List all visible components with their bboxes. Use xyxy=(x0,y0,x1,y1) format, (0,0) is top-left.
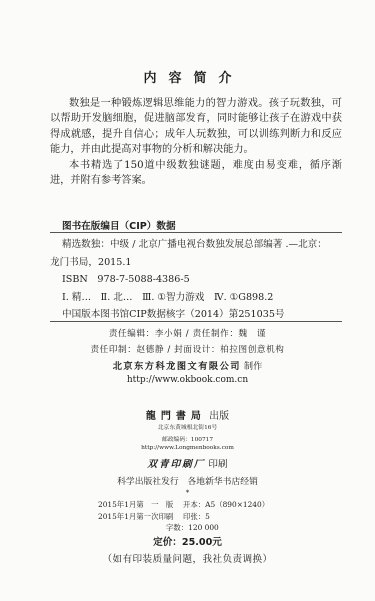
edition-row: 2015年1月第 一 版 开本：A5（890×1240） xyxy=(98,499,269,511)
cip-heading: 图书在版编目（CIP）数据 xyxy=(62,218,176,232)
printer-name: 双青印刷厂 xyxy=(147,459,205,470)
quality-note: （如有印装质量问题，我社负责调换） xyxy=(0,551,375,565)
producer-role: 制作 xyxy=(244,361,262,372)
cip-line: 龙门书局，2015.1 xyxy=(50,254,350,272)
price: 定价：25.00元 xyxy=(0,534,375,548)
publisher-role: 出版 xyxy=(209,411,229,422)
cip-data: 精选数独：中级 / 北京广播电视台数独发展总部编著 .—北京： 龙门书局，201… xyxy=(50,236,350,324)
cip-isbn: ISBN 978-7-5088-4386-5 xyxy=(50,271,350,289)
publisher-url: http://www.Longmenbooks.com xyxy=(0,445,375,451)
publisher-name: 龍門書局 xyxy=(146,411,206,422)
publisher-line: 龍門書局 出版 xyxy=(0,407,375,422)
intro-text: 数独是一种锻炼逻辑思维能力的智力游戏。孩子玩数独，可以帮助开发脑细胞，促进脑部发… xyxy=(50,96,342,188)
producer-line: 北京东方科龙图文有限公司 制作 xyxy=(0,358,375,372)
edition-block: 2015年1月第 一 版 开本：A5（890×1240） 2015年1月第一次印… xyxy=(98,499,269,534)
separator-star: * xyxy=(0,489,375,497)
divider xyxy=(50,321,342,322)
printing-line: 2015年1月第一次印刷 xyxy=(98,512,173,521)
editor-credits: 责任编辑：李小娟 / 责任制作：魏 谨 xyxy=(0,327,375,339)
intro-paragraph: 数独是一种锻炼逻辑思维能力的智力游戏。孩子玩数独，可以帮助开发脑细胞，促进脑部发… xyxy=(50,96,342,158)
producer-name: 北京东方科龙图文有限公司 xyxy=(113,361,241,372)
printer-role: 印刷 xyxy=(208,459,227,470)
intro-paragraph: 本书精选了150道中级数独谜题，难度由易变难，循序渐进，并附有参考答案。 xyxy=(50,158,342,189)
producer-url: http://www.okbook.com.cn xyxy=(0,375,375,385)
printing-row: 2015年1月第一次印刷 印张：5 xyxy=(98,511,269,523)
sheets: 印张：5 xyxy=(183,512,210,521)
edition-line: 2015年1月第 一 版 xyxy=(98,500,173,509)
design-credits: 责任印制：赵德静 / 封面设计：柏拉图创意机构 xyxy=(0,343,375,355)
distribution-line: 科学出版社发行 各地新华书店经销 xyxy=(0,474,375,487)
divider xyxy=(50,232,342,233)
publisher-address: 北京东黄城根北街16号 xyxy=(0,422,375,431)
word-count: 字数：120 000 xyxy=(98,522,269,534)
format: 开本：A5（890×1240） xyxy=(183,500,269,509)
publisher-postcode: 邮政编码：100717 xyxy=(0,434,375,443)
cip-classification: Ⅰ. 精… Ⅱ. 北… Ⅲ. ①智力游戏 Ⅳ. ①G898.2 xyxy=(50,289,350,307)
copyright-page: 内容简介 数独是一种锻炼逻辑思维能力的智力游戏。孩子玩数独，可以帮助开发脑细胞，… xyxy=(0,0,375,601)
intro-title: 内容简介 xyxy=(0,67,375,86)
cip-line: 精选数独：中级 / 北京广播电视台数独发展总部编著 .—北京： xyxy=(50,236,350,254)
printer-line: 双青印刷厂 印刷 xyxy=(0,456,375,470)
